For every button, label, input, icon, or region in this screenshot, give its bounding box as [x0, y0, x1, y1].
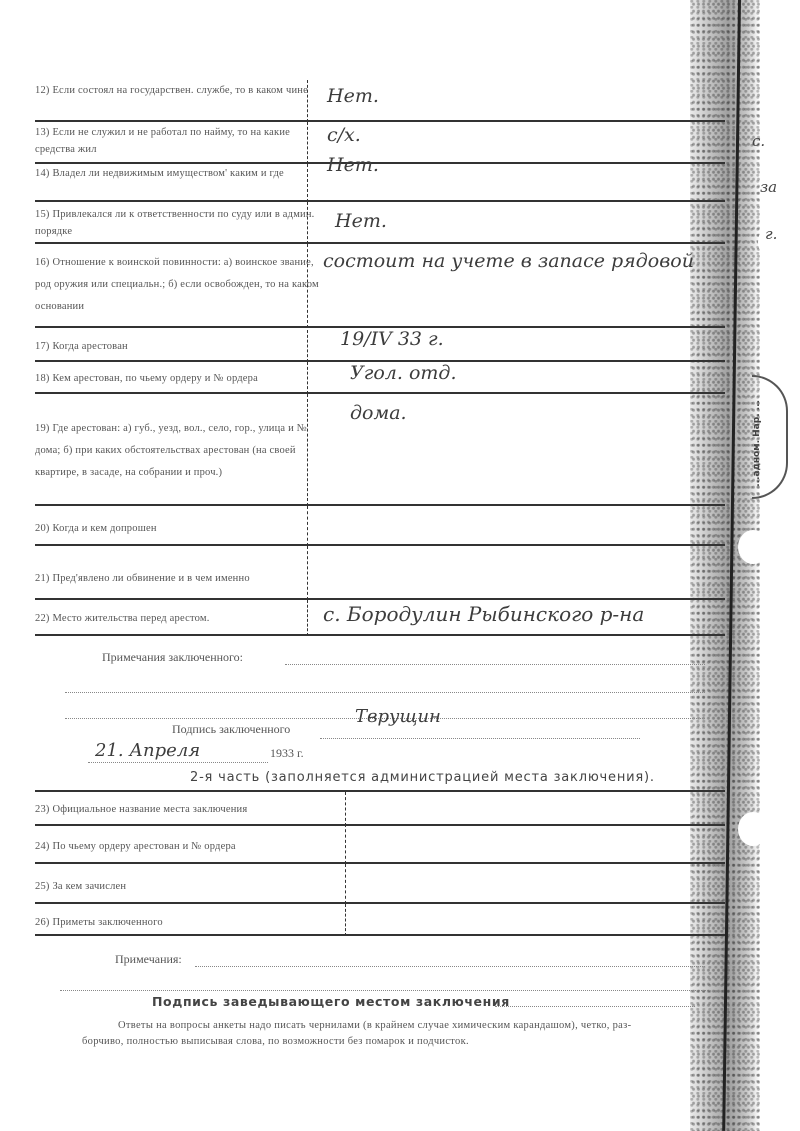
notes-line[interactable]: [195, 966, 705, 967]
part2-heading: 2-я часть (заполняется администрацией ме…: [190, 770, 655, 785]
margin-note: с.: [752, 132, 765, 150]
form-row-19: 19) Где арестован: а) губ., уезд, вол., …: [35, 394, 725, 506]
answer-field[interactable]: с/х.: [327, 124, 361, 146]
form-row-20: 20) Когда и кем допрошен: [35, 506, 725, 546]
form-row-21: 21) Пред'явлено ли обвинение и в чем име…: [35, 546, 725, 600]
date-year: 1933 г.: [270, 746, 304, 761]
form-row-25: 25) За кем зачислен: [35, 864, 725, 904]
question-text: Пред'явлено ли обвинение и в чем именно: [52, 573, 249, 584]
prisoner-notes-line[interactable]: [285, 664, 705, 665]
date-day-month[interactable]: 21. Апреля: [95, 740, 200, 761]
answer-field[interactable]: Нет.: [327, 154, 379, 176]
question-text: Кем арестован, по чьему ордеру и № ордер…: [52, 373, 258, 384]
instructions-line-1: Ответы на вопросы анкеты надо писать чер…: [118, 1020, 631, 1031]
answer-field[interactable]: с. Бородулин Рыбинского р-на: [323, 602, 644, 626]
punch-hole: [738, 530, 768, 564]
punch-hole: [738, 812, 768, 846]
instructions-line-2: борчиво, полностью выписывая слова, по в…: [82, 1036, 469, 1047]
prisoner-notes-line[interactable]: [65, 692, 705, 693]
form-row-16: 16) Отношение к воинской повинности: а) …: [35, 244, 725, 328]
margin-note: г.: [765, 225, 777, 243]
prisoner-notes-label: Примечания заключенного:: [102, 650, 243, 665]
form-row-23: 23) Официальное название места заключени…: [35, 790, 725, 826]
answer-field[interactable]: 19/IV 33 г.: [340, 328, 444, 350]
question-text: Официальное название места заключения: [52, 804, 247, 815]
question-text: Владел ли недвижимым имуществом' каким и…: [52, 168, 283, 179]
form-row-26: 26) Приметы заключенного: [35, 904, 725, 936]
form-row-12: 12) Если состоял на государствен. службе…: [35, 80, 725, 122]
form-row-18: 18) Кем арестован, по чьему ордеру и № о…: [35, 362, 725, 394]
answer-field[interactable]: Нет.: [335, 210, 387, 232]
form-row-15: 15) Привлекался ли к ответственности по …: [35, 202, 725, 244]
margin-note: за: [760, 178, 777, 196]
answer-field[interactable]: дома.: [350, 402, 407, 424]
question-text: Если не служил и не работал по найму, то…: [35, 127, 290, 155]
question-text: Отношение к воинской повинности: а) воин…: [35, 257, 319, 312]
answer-field[interactable]: состоит на учете в запасе рядовой: [323, 246, 703, 276]
question-text: Когда арестован: [52, 341, 127, 352]
form-row-24: 24) По чьему ордеру арестован и № ордера: [35, 824, 725, 864]
answer-field[interactable]: Угол. отд.: [350, 362, 457, 384]
form-row-14: 14) Владел ли недвижимым имуществом' как…: [35, 164, 725, 202]
form-row-13: 13) Если не служил и не работал по найму…: [35, 122, 725, 164]
question-text: Если состоял на государствен. службе, то…: [52, 85, 308, 96]
prisoner-signature[interactable]: Тврущин: [355, 706, 441, 727]
scanned-form-page: ...адном. Нар. ... с. за г. 12) Если сос…: [0, 0, 800, 1131]
question-text: Привлекался ли к ответственности по суду…: [35, 209, 315, 237]
question-text: За кем зачислен: [52, 881, 126, 892]
question-text: Место жительства перед арестом.: [52, 613, 209, 624]
question-text: Когда и кем допрошен: [52, 523, 156, 534]
head-signature-line[interactable]: [495, 1006, 695, 1007]
answer-field[interactable]: Нет.: [327, 85, 379, 107]
prisoner-signature-label: Подпись заключенного: [172, 722, 290, 737]
question-text: Приметы заключенного: [52, 917, 162, 928]
stamp-text: ...адном. Нар. ...: [752, 400, 786, 487]
notes-line[interactable]: [60, 990, 710, 991]
question-text: По чьему ордеру арестован и № ордера: [52, 841, 235, 852]
head-signature-label: Подпись заведывающего местом заключения: [152, 994, 510, 1009]
question-text: Где арестован: а) губ., уезд, вол., село…: [35, 423, 307, 478]
form-row-22: 22) Место жительства перед арестом. с. Б…: [35, 600, 725, 636]
notes-label: Примечания:: [115, 952, 182, 967]
form-row-17: 17) Когда арестован 19/IV 33 г.: [35, 330, 725, 362]
